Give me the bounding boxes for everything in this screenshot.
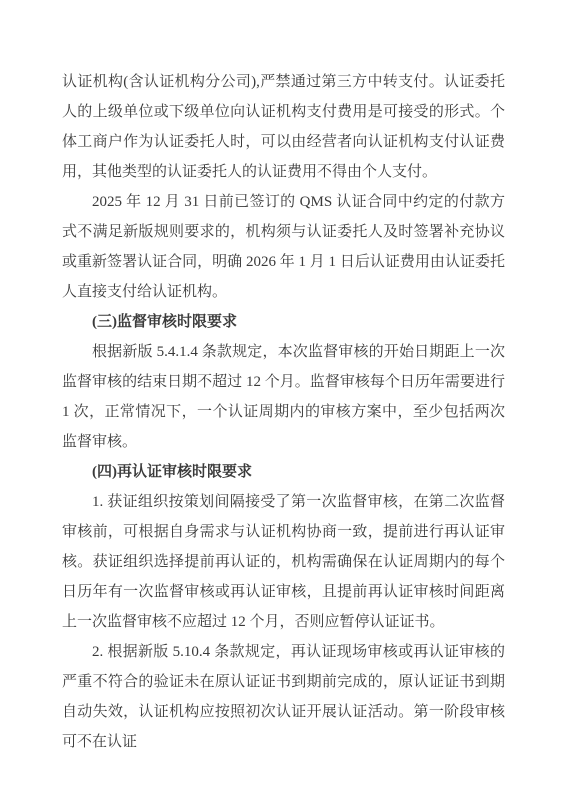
- paragraph-recertification-item-1: 1. 获证组织按策划间隔接受了第一次监督审核，在第二次监督审核前，可根据自身需求…: [62, 487, 505, 637]
- paragraph-recertification-item-2: 2. 根据新版 5.10.4 条款规定，再认证现场审核或再认证审核的严重不符合的…: [62, 637, 505, 757]
- paragraph-payment-rules: 认证机构(含认证机构分公司),严禁通过第三方中转支付。认证委托人的上级单位或下级…: [62, 67, 505, 187]
- section-heading-recertification-audit: (四)再认证审核时限要求: [62, 457, 505, 487]
- document-page: 认证机构(含认证机构分公司),严禁通过第三方中转支付。认证委托人的上级单位或下级…: [0, 0, 566, 800]
- document-body: 认证机构(含认证机构分公司),严禁通过第三方中转支付。认证委托人的上级单位或下级…: [62, 67, 505, 757]
- paragraph-supervision-audit-rules: 根据新版 5.4.1.4 条款规定，本次监督审核的开始日期距上一次监督审核的结束…: [62, 337, 505, 457]
- section-heading-supervision-audit: (三)监督审核时限要求: [62, 307, 505, 337]
- paragraph-contract-transition: 2025 年 12 月 31 日前已签订的 QMS 认证合同中约定的付款方式不满…: [62, 187, 505, 307]
